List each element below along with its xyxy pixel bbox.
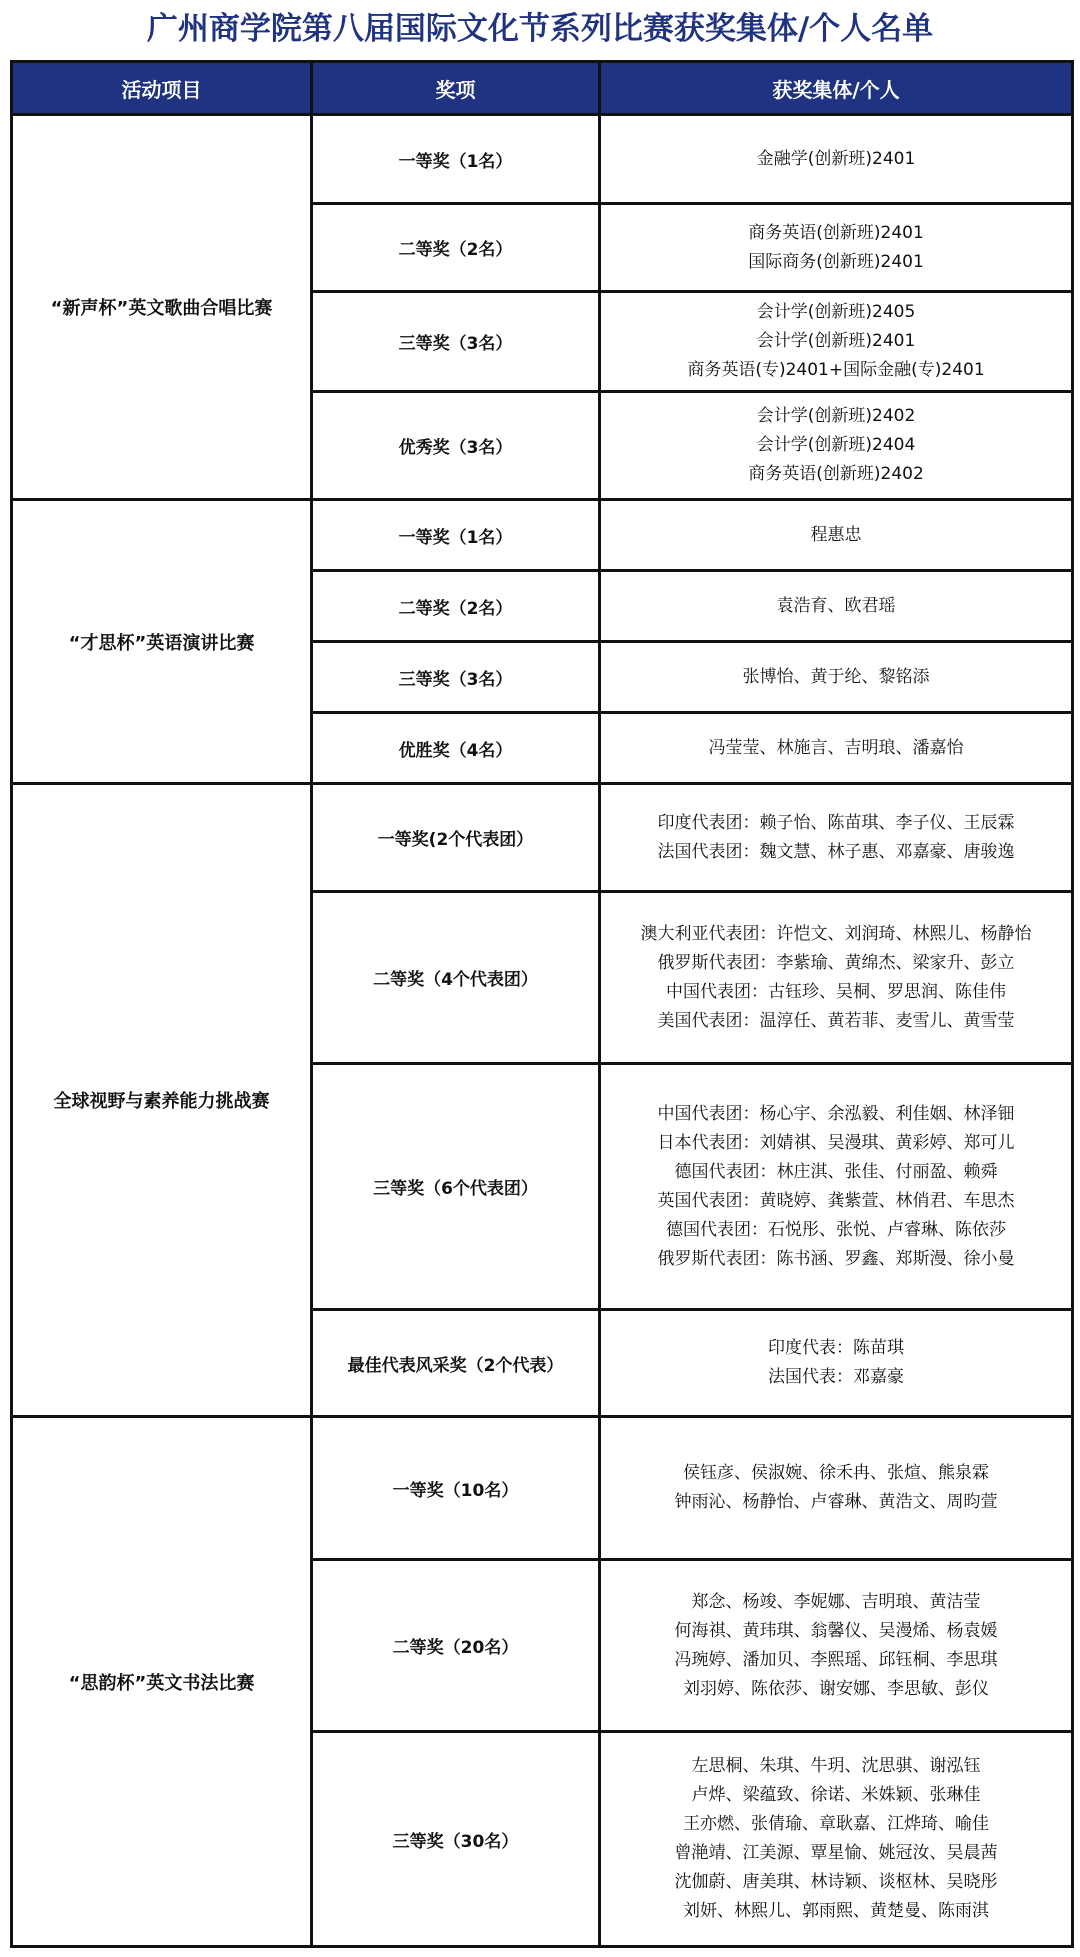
winner-line: 刘羽婷、陈依莎、谢安娜、李思敏、彭仪 <box>605 1675 1067 1704</box>
winner-line: 国际商务(创新班)2401 <box>605 248 1067 277</box>
winner-line: 俄罗斯代表团：陈书涵、罗鑫、郑斯漫、徐小曼 <box>605 1245 1067 1274</box>
winners-cell: 张博怡、黄于纶、黎铭添 <box>600 642 1073 713</box>
winner-line: 会计学(创新班)2402 <box>605 402 1067 431</box>
winner-line: 英国代表团：黄晓婷、龚紫萱、林俏君、车思杰 <box>605 1187 1067 1216</box>
award-level: 三等奖（30名） <box>312 1732 600 1947</box>
winner-line: 何海祺、黄玮琪、翁馨仪、吴漫烯、杨袁媛 <box>605 1617 1067 1646</box>
winner-line: 德国代表团：石悦彤、张悦、卢睿琳、陈依莎 <box>605 1216 1067 1245</box>
winner-line: 会计学(创新班)2404 <box>605 431 1067 460</box>
award-level: 一等奖（1名） <box>312 115 600 204</box>
winner-line: 商务英语(创新班)2402 <box>605 460 1067 489</box>
table-row: “才思杯”英语演讲比赛 一等奖（1名） 程惠忠 <box>12 500 1073 571</box>
winner-line: 侯钰彦、侯淑婉、徐禾冉、张煊、熊泉霖 <box>605 1459 1067 1488</box>
winners-cell: 中国代表团：杨心宇、余泓毅、利佳姻、林泽钿 日本代表团：刘婧祺、吴漫琪、黄彩婷、… <box>600 1064 1073 1310</box>
activity-name: “才思杯”英语演讲比赛 <box>12 500 312 784</box>
award-level: 二等奖（2名） <box>312 204 600 292</box>
winner-line: 商务英语(创新班)2401 <box>605 219 1067 248</box>
winners-cell: 程惠忠 <box>600 500 1073 571</box>
winners-cell: 会计学(创新班)2402 会计学(创新班)2404 商务英语(创新班)2402 <box>600 392 1073 500</box>
winner-line: 卢烨、梁蕴致、徐诺、米姝颖、张琳佳 <box>605 1781 1067 1810</box>
winner-line: 德国代表团：林庄淇、张佳、付丽盈、赖舜 <box>605 1158 1067 1187</box>
winners-cell: 郑念、杨竣、李妮娜、吉明琅、黄洁莹 何海祺、黄玮琪、翁馨仪、吴漫烯、杨袁媛 冯琬… <box>600 1560 1073 1732</box>
page-title: 广州商学院第八届国际文化节系列比赛获奖集体/个人名单 <box>0 4 1080 54</box>
table-row: “思韵杯”英文书法比赛 一等奖（10名） 侯钰彦、侯淑婉、徐禾冉、张煊、熊泉霖 … <box>12 1417 1073 1560</box>
winner-line: 澳大利亚代表团：许恺文、刘润琦、林熙儿、杨静怡 <box>605 920 1067 949</box>
award-level: 二等奖（2名） <box>312 571 600 642</box>
winner-line: 金融学(创新班)2401 <box>605 145 1067 174</box>
winner-line: 钟雨沁、杨静怡、卢睿琳、黄浩文、周昀萱 <box>605 1488 1067 1517</box>
winners-cell: 金融学(创新班)2401 <box>600 115 1073 204</box>
winner-line: 法国代表团：魏文慧、林子惠、邓嘉豪、唐骏逸 <box>605 838 1067 867</box>
winners-cell: 澳大利亚代表团：许恺文、刘润琦、林熙儿、杨静怡 俄罗斯代表团：李紫瑜、黄绵杰、梁… <box>600 892 1073 1064</box>
header-activity: 活动项目 <box>12 62 312 115</box>
award-level: 二等奖（20名） <box>312 1560 600 1732</box>
winners-cell: 商务英语(创新班)2401 国际商务(创新班)2401 <box>600 204 1073 292</box>
award-level: 优秀奖（3名） <box>312 392 600 500</box>
winners-cell: 印度代表团：赖子怡、陈苗琪、李子仪、王辰霖 法国代表团：魏文慧、林子惠、邓嘉豪、… <box>600 784 1073 892</box>
winners-cell: 会计学(创新班)2405 会计学(创新班)2401 商务英语(专)2401+国际… <box>600 292 1073 392</box>
winner-line: 冯琬婷、潘加贝、李熙瑶、邱钰桐、李思琪 <box>605 1646 1067 1675</box>
award-level: 最佳代表风采奖（2个代表） <box>312 1310 600 1417</box>
winner-line: 冯莹莹、林施言、吉明琅、潘嘉怡 <box>605 734 1067 763</box>
winner-line: 日本代表团：刘婧祺、吴漫琪、黄彩婷、郑可儿 <box>605 1129 1067 1158</box>
winner-line: 程惠忠 <box>605 521 1067 550</box>
award-level: 一等奖(2个代表团） <box>312 784 600 892</box>
award-level: 三等奖（3名） <box>312 292 600 392</box>
winner-line: 张博怡、黄于纶、黎铭添 <box>605 663 1067 692</box>
winner-line: 商务英语(专)2401+国际金融(专)2401 <box>605 356 1067 385</box>
award-level: 一等奖（10名） <box>312 1417 600 1560</box>
winner-line: 法国代表：邓嘉豪 <box>605 1363 1067 1392</box>
table-header-row: 活动项目 奖项 获奖集体/个人 <box>12 62 1073 115</box>
winner-line: 中国代表团：古钰珍、吴桐、罗思润、陈佳伟 <box>605 978 1067 1007</box>
winner-line: 印度代表团：赖子怡、陈苗琪、李子仪、王辰霖 <box>605 809 1067 838</box>
winners-cell: 左思桐、朱琪、牛玥、沈思骐、谢泓钰 卢烨、梁蕴致、徐诺、米姝颖、张琳佳 王亦燃、… <box>600 1732 1073 1947</box>
winners-cell: 袁浩育、欧君瑶 <box>600 571 1073 642</box>
winners-cell: 侯钰彦、侯淑婉、徐禾冉、张煊、熊泉霖 钟雨沁、杨静怡、卢睿琳、黄浩文、周昀萱 <box>600 1417 1073 1560</box>
table-row: 全球视野与素养能力挑战赛 一等奖(2个代表团） 印度代表团：赖子怡、陈苗琪、李子… <box>12 784 1073 892</box>
award-level: 一等奖（1名） <box>312 500 600 571</box>
winner-line: 印度代表：陈苗琪 <box>605 1334 1067 1363</box>
award-level: 三等奖（6个代表团） <box>312 1064 600 1310</box>
activity-name: “思韵杯”英文书法比赛 <box>12 1417 312 1947</box>
award-level: 三等奖（3名） <box>312 642 600 713</box>
table-row: “新声杯”英文歌曲合唱比赛 一等奖（1名） 金融学(创新班)2401 <box>12 115 1073 204</box>
award-level: 优胜奖（4名） <box>312 713 600 784</box>
header-winners: 获奖集体/个人 <box>600 62 1073 115</box>
winner-line: 袁浩育、欧君瑶 <box>605 592 1067 621</box>
winner-line: 会计学(创新班)2405 <box>605 298 1067 327</box>
winners-cell: 印度代表：陈苗琪 法国代表：邓嘉豪 <box>600 1310 1073 1417</box>
winner-line: 美国代表团：温淳任、黄若菲、麦雪儿、黄雪莹 <box>605 1007 1067 1036</box>
winners-cell: 冯莹莹、林施言、吉明琅、潘嘉怡 <box>600 713 1073 784</box>
header-award: 奖项 <box>312 62 600 115</box>
award-level: 二等奖（4个代表团） <box>312 892 600 1064</box>
activity-name: “新声杯”英文歌曲合唱比赛 <box>12 115 312 500</box>
winner-line: 沈伽蔚、唐美琪、林诗颖、谈枢林、吴晓彤 <box>605 1868 1067 1897</box>
awards-table: 活动项目 奖项 获奖集体/个人 “新声杯”英文歌曲合唱比赛 一等奖（1名） 金融… <box>10 60 1074 1948</box>
winner-line: 王亦燃、张倩瑜、章耿嘉、江烨琦、喻佳 <box>605 1810 1067 1839</box>
winner-line: 左思桐、朱琪、牛玥、沈思骐、谢泓钰 <box>605 1752 1067 1781</box>
winner-line: 曾滟靖、江美源、覃星愉、姚冠汝、吴晨茜 <box>605 1839 1067 1868</box>
winner-line: 刘妍、林熙儿、郭雨熙、黄楚曼、陈雨淇 <box>605 1897 1067 1926</box>
winner-line: 会计学(创新班)2401 <box>605 327 1067 356</box>
winner-line: 俄罗斯代表团：李紫瑜、黄绵杰、梁家升、彭立 <box>605 949 1067 978</box>
activity-name: 全球视野与素养能力挑战赛 <box>12 784 312 1417</box>
winner-line: 郑念、杨竣、李妮娜、吉明琅、黄洁莹 <box>605 1588 1067 1617</box>
winner-line: 中国代表团：杨心宇、余泓毅、利佳姻、林泽钿 <box>605 1100 1067 1129</box>
